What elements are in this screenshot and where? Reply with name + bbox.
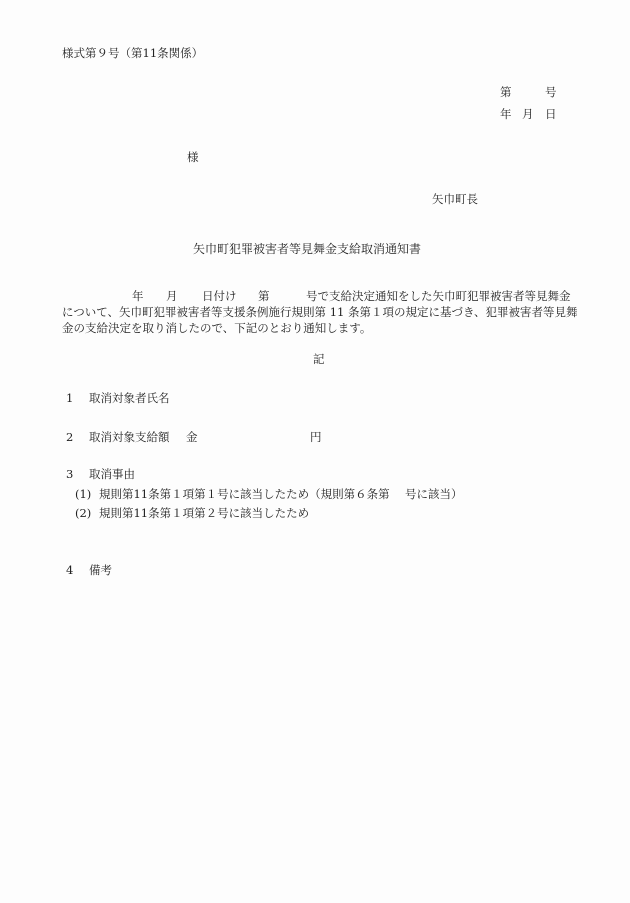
reason-1-text: 規則第11条第１項第１号に該当したため（規則第６条第 (99, 487, 390, 501)
document-title: 矢巾町犯罪被害者等見舞金支給取消通知書 (193, 242, 421, 256)
reason-1: (1) 規則第11条第１項第１号に該当したため（規則第６条第 号に該当） (75, 487, 475, 501)
date-month: 月 (522, 107, 534, 121)
body-line-3: 金の支給決定を取り消したので、下記のとおり通知します。 (62, 320, 582, 336)
body-year: 年 (132, 288, 144, 304)
body-month: 月 (166, 288, 178, 304)
addressee-suffix: 様 (187, 150, 199, 164)
item-4: 4 備考 (66, 563, 112, 577)
item-4-num: 4 (66, 563, 73, 577)
item-2-kin: 金 (186, 430, 198, 444)
item-1-num: 1 (66, 391, 73, 405)
reason-2-num: (2) (75, 506, 91, 520)
item-4-label: 備考 (89, 563, 112, 577)
body-line-2: について、矢巾町犯罪被害者等支援条例施行規則第 11 条第１項の規定に基づき、犯… (62, 304, 582, 320)
body-line-1: 年 月 日付け 第 号で支給決定通知をした矢巾町犯罪被害者等見舞金 (62, 288, 582, 304)
item-1-label: 取消対象者氏名 (89, 391, 170, 405)
body-paragraph: 年 月 日付け 第 号で支給決定通知をした矢巾町犯罪被害者等見舞金 について、矢… (62, 288, 582, 336)
reason-2: (2) 規則第11条第１項第２号に該当したため (75, 506, 309, 520)
reason-1-suffix: 号に該当） (405, 487, 463, 501)
issuer: 矢巾町長 (432, 192, 478, 206)
item-3: 3 取消事由 (66, 467, 135, 481)
item-1: 1 取消対象者氏名 (66, 391, 169, 405)
item-2-num: 2 (66, 430, 73, 444)
item-2-yen: 円 (310, 430, 322, 444)
item-2: 2 取消対象支給額 金 円 (66, 430, 366, 444)
item-3-label: 取消事由 (89, 467, 135, 481)
item-3-num: 3 (66, 467, 73, 481)
reason-1-num: (1) (75, 487, 91, 501)
item-2-label: 取消対象支給額 (89, 430, 170, 444)
body-line1-rest: 号で支給決定通知をした矢巾町犯罪被害者等見舞金 (306, 288, 571, 304)
date-year: 年 (500, 107, 512, 121)
date-day: 日 (545, 107, 557, 121)
reason-2-text: 規則第11条第１項第２号に該当したため (99, 506, 309, 520)
body-dai: 第 (258, 288, 270, 304)
doc-number-dai: 第 (500, 85, 512, 99)
doc-number-go: 号 (545, 85, 557, 99)
ki-heading: 記 (313, 352, 325, 366)
form-label: 様式第９号（第11条関係） (62, 46, 203, 60)
body-day: 日付け (202, 288, 237, 304)
